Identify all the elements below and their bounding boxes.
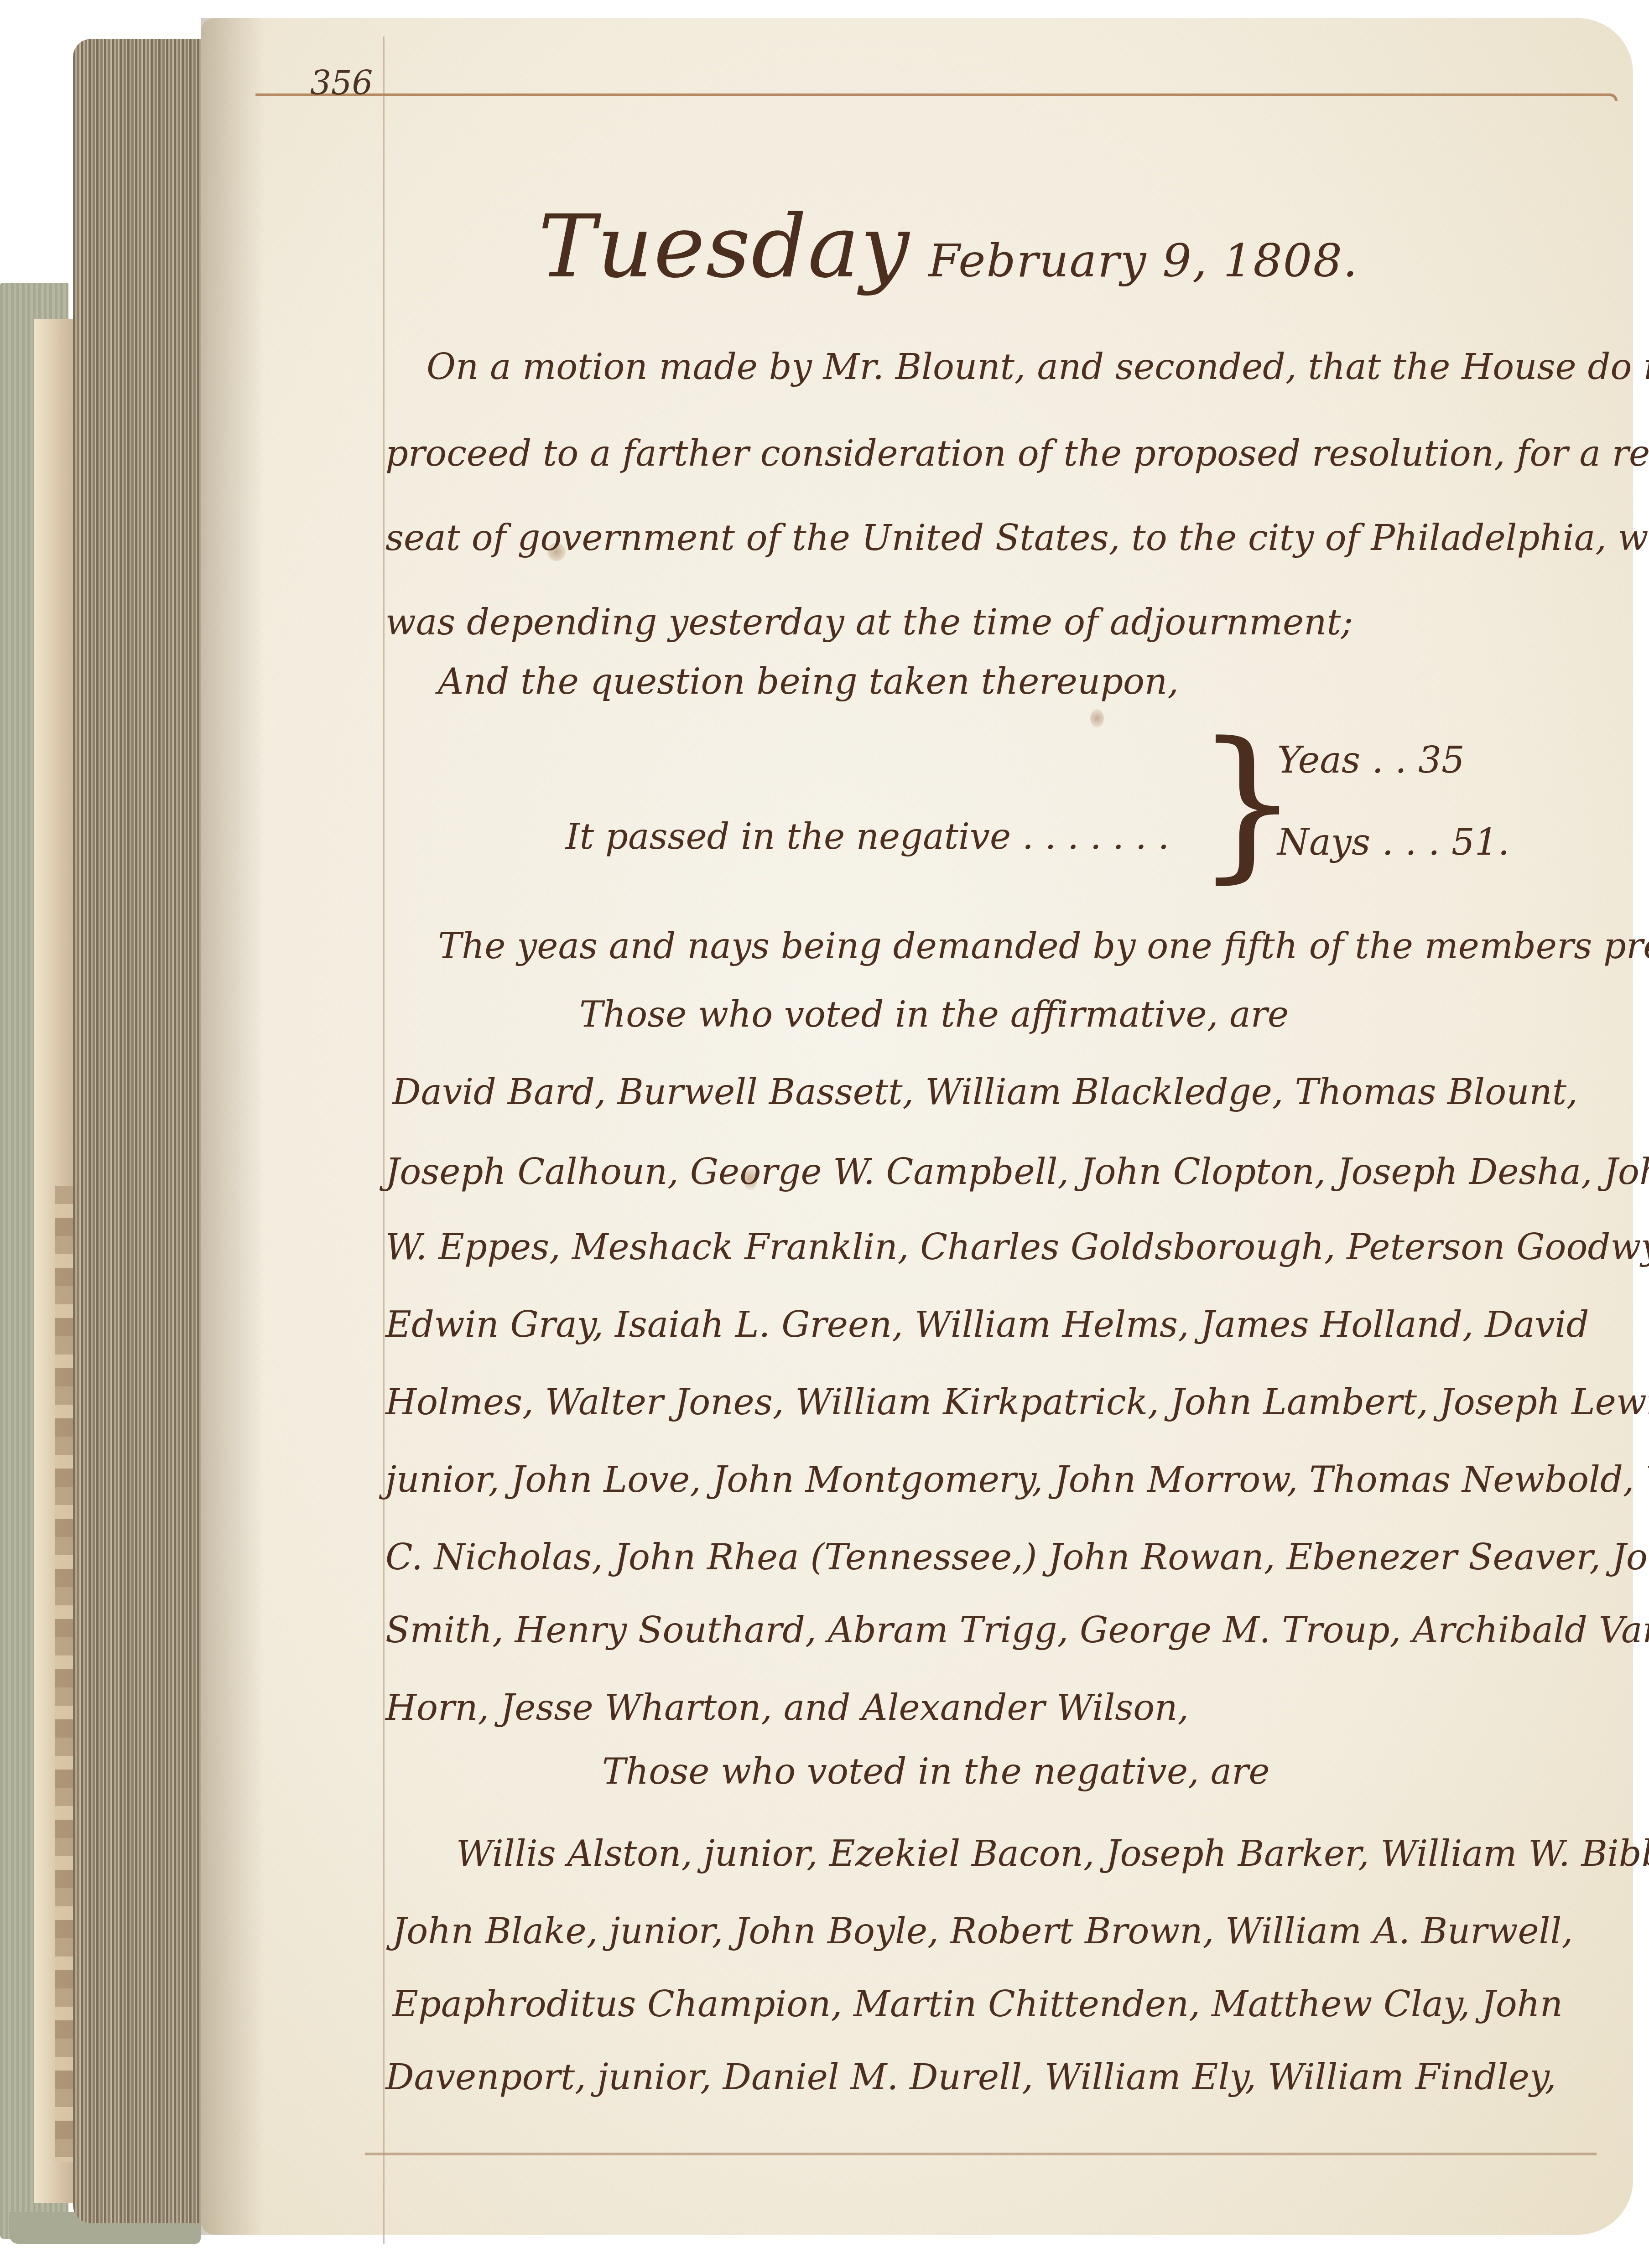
nays-row: Nays . . . 51. <box>1277 821 1509 863</box>
demand-line: The yeas and nays being demanded by one … <box>438 926 1649 967</box>
negative-names-line: John Blake, junior, John Boyle, Robert B… <box>392 1911 1573 1952</box>
motion-line: proceed to a farther consideration of th… <box>385 433 1649 474</box>
affirmative-names-line: David Bard, Burwell Bassett, William Bla… <box>392 1072 1578 1113</box>
nays-count: 51. <box>1451 821 1509 863</box>
affirmative-intro: Those who voted in the affirmative, are <box>579 994 1289 1035</box>
yeas-label: Yeas . . <box>1277 739 1407 781</box>
affirmative-names-line: Joseph Calhoun, George W. Campbell, John… <box>385 1152 1649 1193</box>
entry-heading: TuesdayFebruary 9, 1808. <box>538 196 1358 297</box>
motion-line: On a motion made by Mr. Blount, and seco… <box>427 347 1649 388</box>
negative-names-line: Epaphroditus Champion, Martin Chittenden… <box>392 1984 1563 2025</box>
affirmative-names-line: Holmes, Walter Jones, William Kirkpatric… <box>385 1382 1649 1423</box>
affirmative-names-line: Smith, Henry Southard, Abram Trigg, Geor… <box>385 1610 1649 1651</box>
affirmative-names-line: C. Nicholas, John Rhea (Tennessee,) John… <box>385 1537 1649 1578</box>
motion-line: was depending yesterday at the time of a… <box>385 602 1353 643</box>
question-line: And the question being taken thereupon, <box>438 661 1179 702</box>
yeas-row: Yeas . . 35 <box>1277 739 1465 781</box>
affirmative-names-line: junior, John Love, John Montgomery, John… <box>385 1459 1649 1500</box>
gutter-shadow <box>201 18 265 2235</box>
page-number: 356 <box>310 64 373 102</box>
footer-rule <box>365 2153 1597 2155</box>
ink-stain <box>1090 709 1104 727</box>
header-rule <box>255 93 1618 101</box>
affirmative-names-line: W. Eppes, Meshack Franklin, Charles Gold… <box>385 1227 1649 1268</box>
page-stack-edges <box>73 39 210 2223</box>
negative-names-line: Davenport, junior, Daniel M. Durell, Wil… <box>385 2057 1556 2098</box>
heading-date: February 9, 1808. <box>928 234 1358 287</box>
affirmative-names-line: Horn, Jesse Wharton, and Alexander Wilso… <box>385 1687 1189 1728</box>
vote-tally: } Yeas . . 35 Nays . . . 51. <box>1195 721 1514 894</box>
affirmative-names-line: Edwin Gray, Isaiah L. Green, William Hel… <box>385 1304 1589 1345</box>
result-text: It passed in the negative . . . . . . . <box>566 816 1169 857</box>
margin-rule <box>383 36 385 2244</box>
yeas-count: 35 <box>1418 739 1465 781</box>
negative-names-line: Willis Alston, junior, Ezekiel Bacon, Jo… <box>456 1833 1649 1874</box>
motion-line: seat of government of the United States,… <box>385 518 1649 559</box>
negative-intro: Those who voted in the negative, are <box>602 1751 1270 1792</box>
heading-day: Tuesday <box>538 196 910 297</box>
nays-label: Nays . . . <box>1277 821 1440 863</box>
